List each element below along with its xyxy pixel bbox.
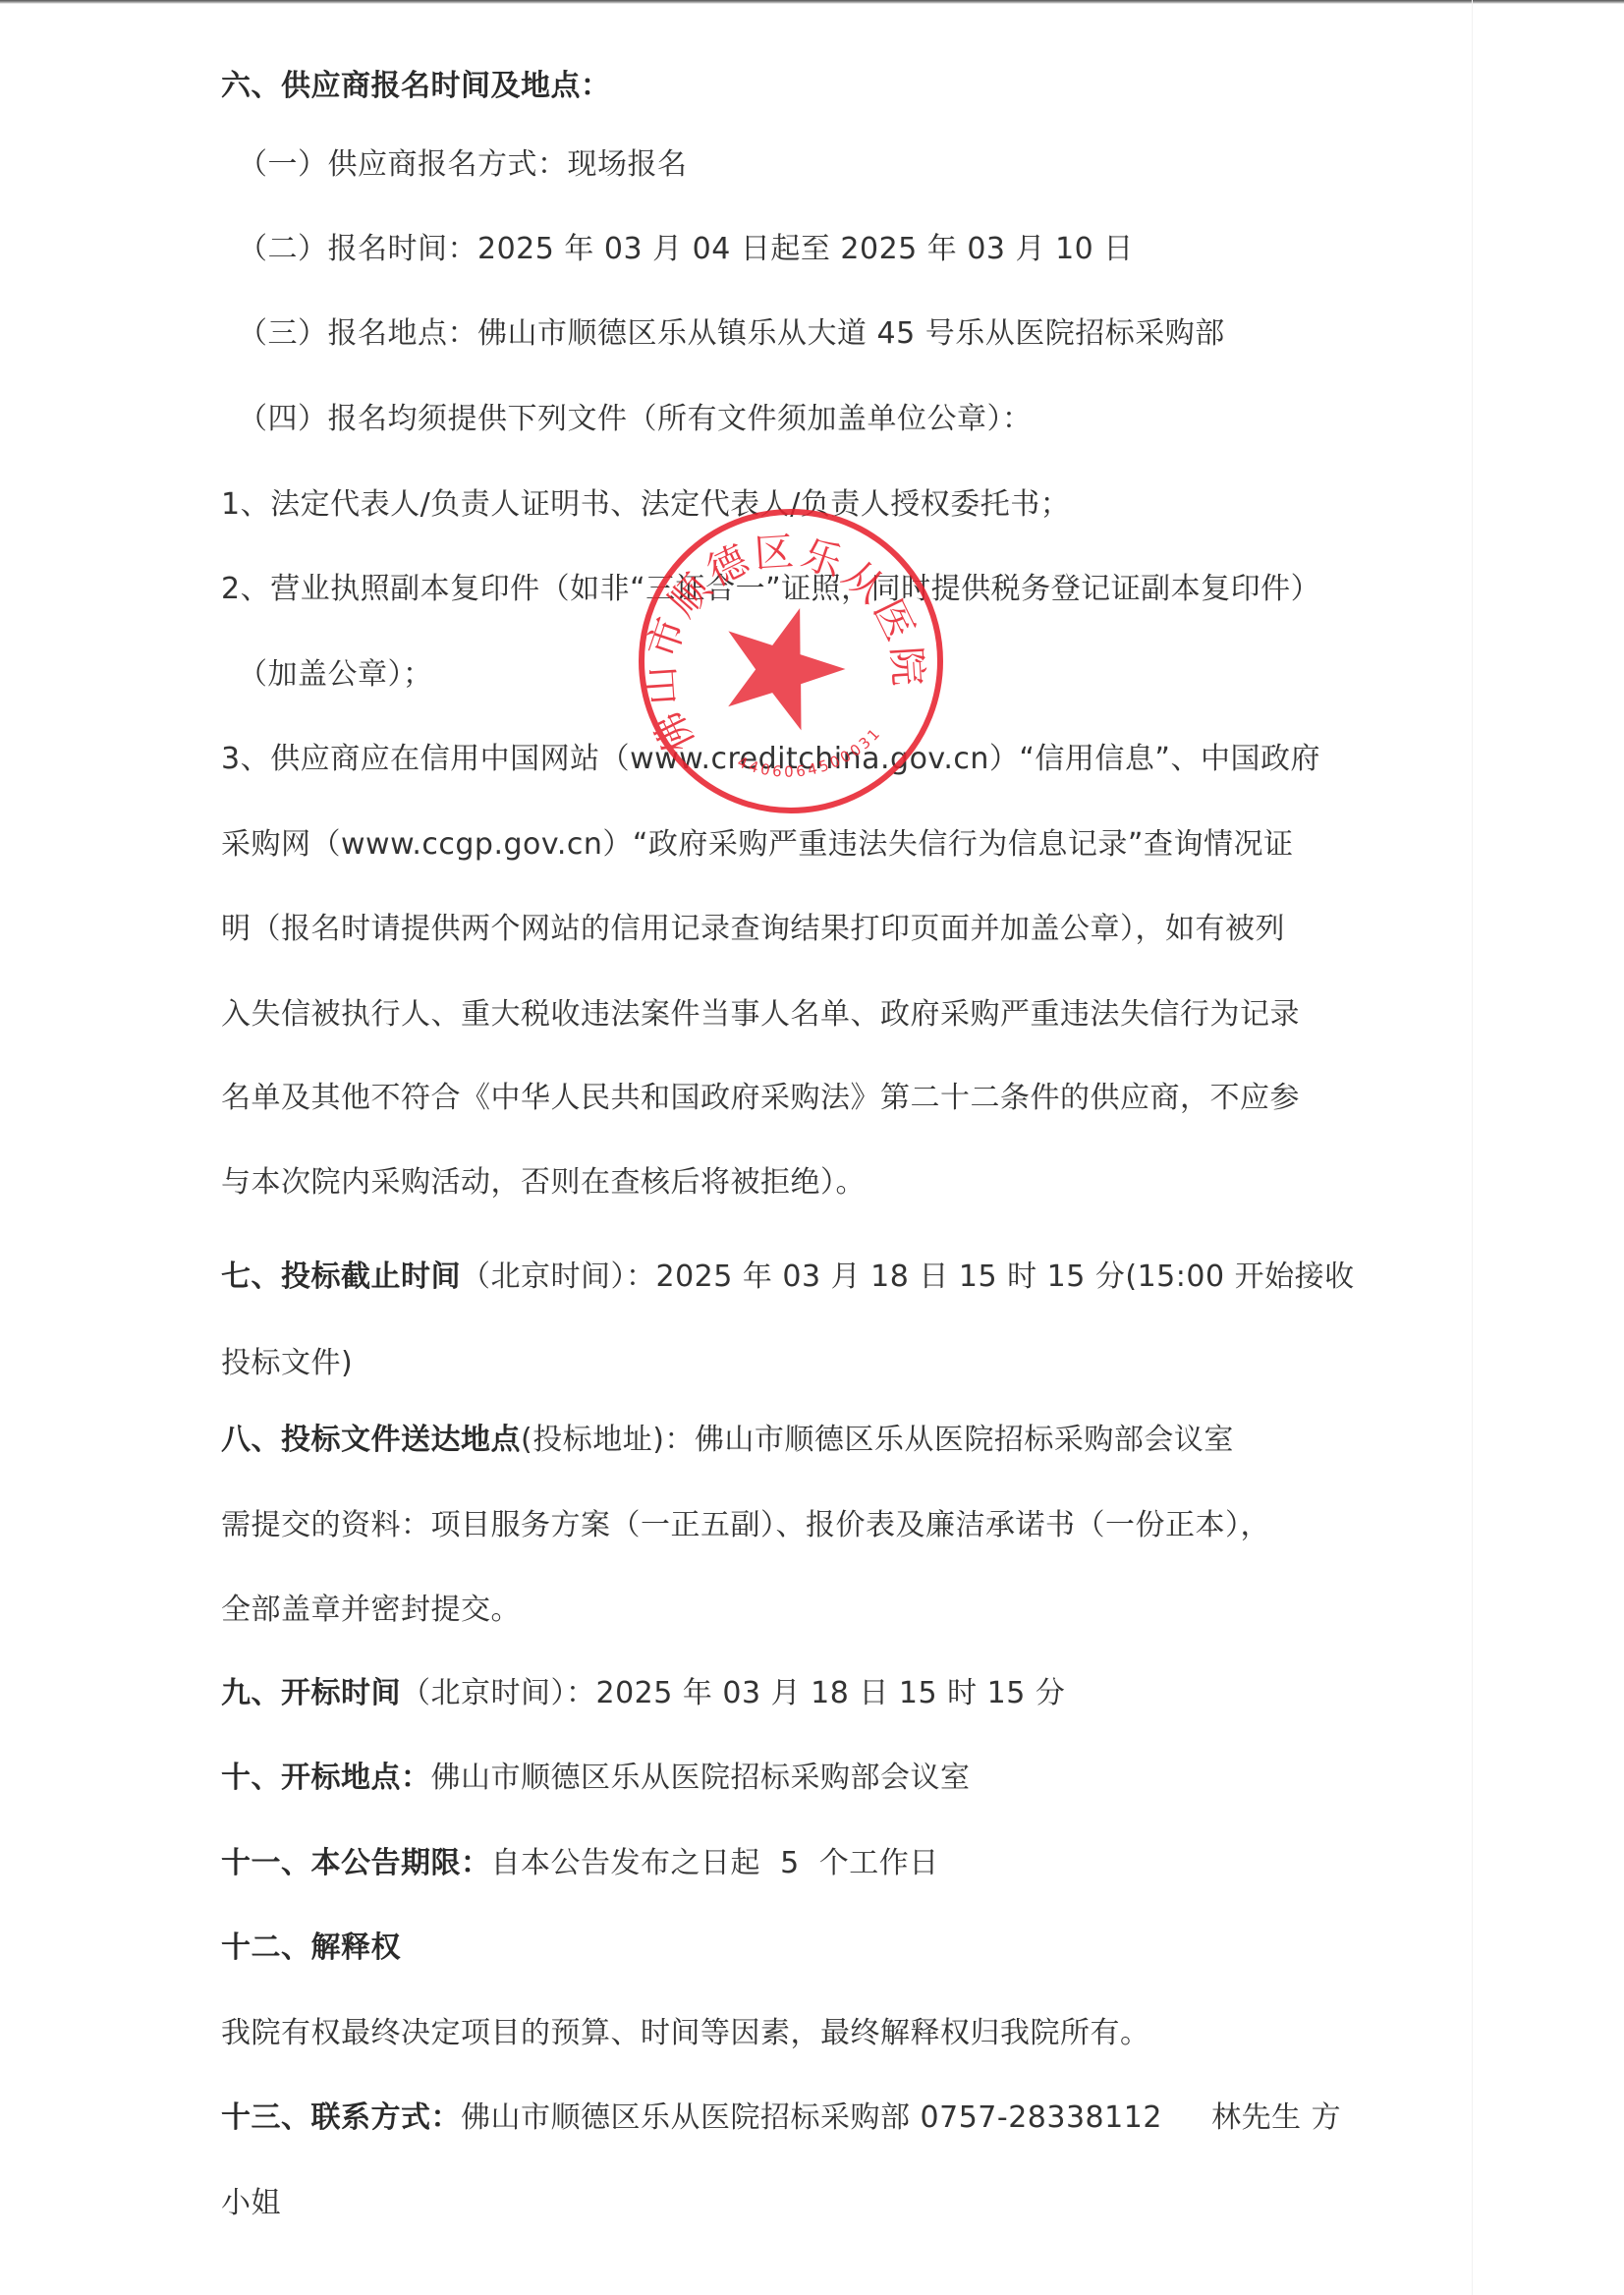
- bid-opening-location: 佛山市顺德区乐从医院招标采购部会议室: [431, 1761, 971, 1795]
- section-thirteen-heading: 十三、联系方式：: [221, 2100, 461, 2135]
- section-eleven: 十一、本公告期限：自本公告发布之日起 5 个工作日: [221, 1844, 939, 1883]
- registration-location: （三）报名地点：佛山市顺德区乐从镇乐从大道 45 号乐从医院招标采购部: [238, 314, 1225, 354]
- notice-period: 自本公告发布之日起 5 个工作日: [491, 1846, 939, 1880]
- required-doc-3-cont-2: 明（报名时请提供两个网站的信用记录查询结果打印页面并加盖公章），如有被列: [221, 910, 1285, 949]
- section-seven: 七、投标截止时间（北京时间）：2025 年 03 月 18 日 15 时 15 …: [221, 1258, 1355, 1297]
- bid-opening-time: （北京时间）：2025 年 03 月 18 日 15 时 15 分: [401, 1676, 1065, 1710]
- seal-org-name: 佛山市顺德区乐从医院: [638, 530, 930, 759]
- submission-materials-cont: 全部盖章并密封提交。: [221, 1591, 521, 1630]
- contact-info-cont: 小姐: [221, 2184, 281, 2223]
- interpretation-rights: 我院有权最终决定项目的预算、时间等因素，最终解释权归我院所有。: [221, 2014, 1150, 2053]
- section-eleven-heading: 十一、本公告期限：: [221, 1846, 491, 1880]
- registration-method: （一）供应商报名方式：现场报名: [238, 145, 688, 185]
- bid-deadline-cont: 投标文件): [221, 1344, 353, 1383]
- section-six-heading: 六、供应商报名时间及地点：: [221, 67, 611, 106]
- section-eight: 八、投标文件送达地点(投标地址)：佛山市顺德区乐从医院招标采购部会议室: [221, 1421, 1234, 1460]
- required-doc-2: 2、营业执照副本复印件（如非“三证合一”证照，同时提供税务登记证副本复印件）: [221, 570, 1320, 609]
- section-twelve-heading: 十二、解释权: [221, 1929, 401, 1968]
- required-doc-3-cont-5: 与本次院内采购活动，否则在查核后将被拒绝）。: [221, 1163, 866, 1203]
- required-doc-3-cont-4: 名单及其他不符合《中华人民共和国政府采购法》第二十二条件的供应商，不应参: [221, 1079, 1300, 1118]
- scan-top-edge: [0, 0, 1624, 4]
- section-seven-heading: 七、投标截止时间: [221, 1259, 461, 1294]
- required-doc-1: 1、法定代表人/负责人证明书、法定代表人/负责人授权委托书；: [221, 485, 1070, 525]
- section-ten-heading: 十、开标地点：: [221, 1761, 431, 1795]
- bid-deadline: （北京时间）：2025 年 03 月 18 日 15 时 15 分(15:00 …: [461, 1259, 1355, 1294]
- bid-delivery-location: (投标地址)：佛山市顺德区乐从医院招标采购部会议室: [521, 1423, 1234, 1457]
- star-icon: [706, 589, 860, 738]
- submission-materials: 需提交的资料：项目服务方案（一正五副）、报价表及廉洁承诺书（一份正本），: [221, 1506, 1270, 1545]
- section-nine: 九、开标时间（北京时间）：2025 年 03 月 18 日 15 时 15 分: [221, 1674, 1065, 1713]
- section-ten: 十、开标地点：佛山市顺德区乐从医院招标采购部会议室: [221, 1759, 971, 1798]
- required-doc-2-cont: （加盖公章）；: [238, 655, 433, 695]
- registration-time: （二）报名时间：2025 年 03 月 04 日起至 2025 年 03 月 1…: [238, 230, 1134, 269]
- registration-documents-intro: （四）报名均须提供下列文件（所有文件须加盖单位公章）：: [238, 400, 1033, 439]
- section-nine-heading: 九、开标时间: [221, 1676, 401, 1710]
- section-eight-heading: 八、投标文件送达地点: [221, 1423, 521, 1457]
- scan-page-edge: [1472, 0, 1473, 2295]
- required-doc-3: 3、供应商应在信用中国网站（www.creditchina.gov.cn）“信用…: [221, 740, 1320, 779]
- required-doc-3-cont-1: 采购网（www.ccgp.gov.cn）“政府采购严重违法失信行为信息记录”查询…: [221, 825, 1293, 865]
- contact-info: 佛山市顺德区乐从医院招标采购部 0757-28338112 林先生 方: [461, 2100, 1341, 2135]
- required-doc-3-cont-3: 入失信被执行人、重大税收违法案件当事人名单、政府采购严重违法失信行为记录: [221, 995, 1300, 1035]
- section-thirteen: 十三、联系方式：佛山市顺德区乐从医院招标采购部 0757-28338112 林先…: [221, 2099, 1341, 2138]
